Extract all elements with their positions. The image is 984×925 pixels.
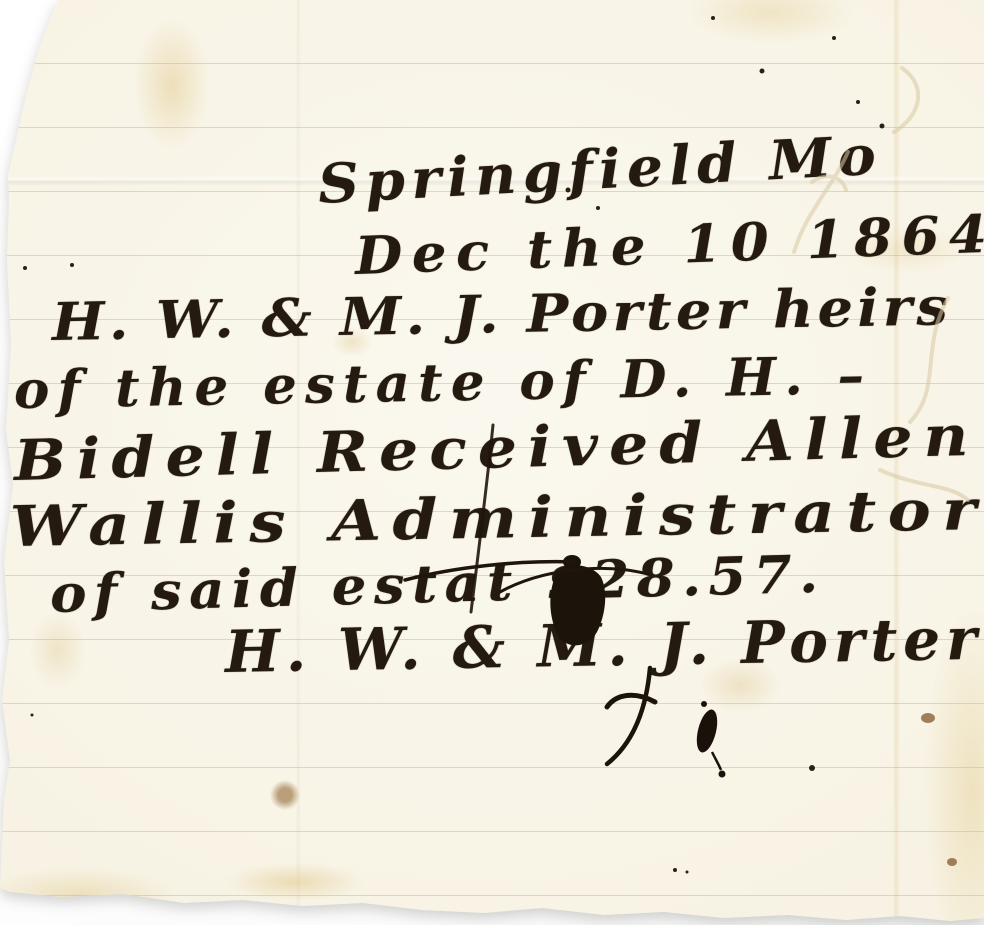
paper-shadow-wrap: Springfield Mo Dec the 10 1864 H. W. & M… xyxy=(0,0,984,925)
scan-background: Springfield Mo Dec the 10 1864 H. W. & M… xyxy=(0,0,984,925)
signature-flourish xyxy=(607,668,655,764)
heirs-line: H. W. & M. J. Porter heirs xyxy=(51,276,952,353)
place-line: Springfield Mo xyxy=(316,122,883,215)
date-line: Dec the 10 1864 xyxy=(354,204,984,287)
ink-drip xyxy=(693,701,726,778)
paper-sheet: Springfield Mo Dec the 10 1864 H. W. & M… xyxy=(0,0,984,925)
signature-line: H. W. & M. J. Porter xyxy=(224,605,983,686)
foxing-spots xyxy=(921,713,957,866)
